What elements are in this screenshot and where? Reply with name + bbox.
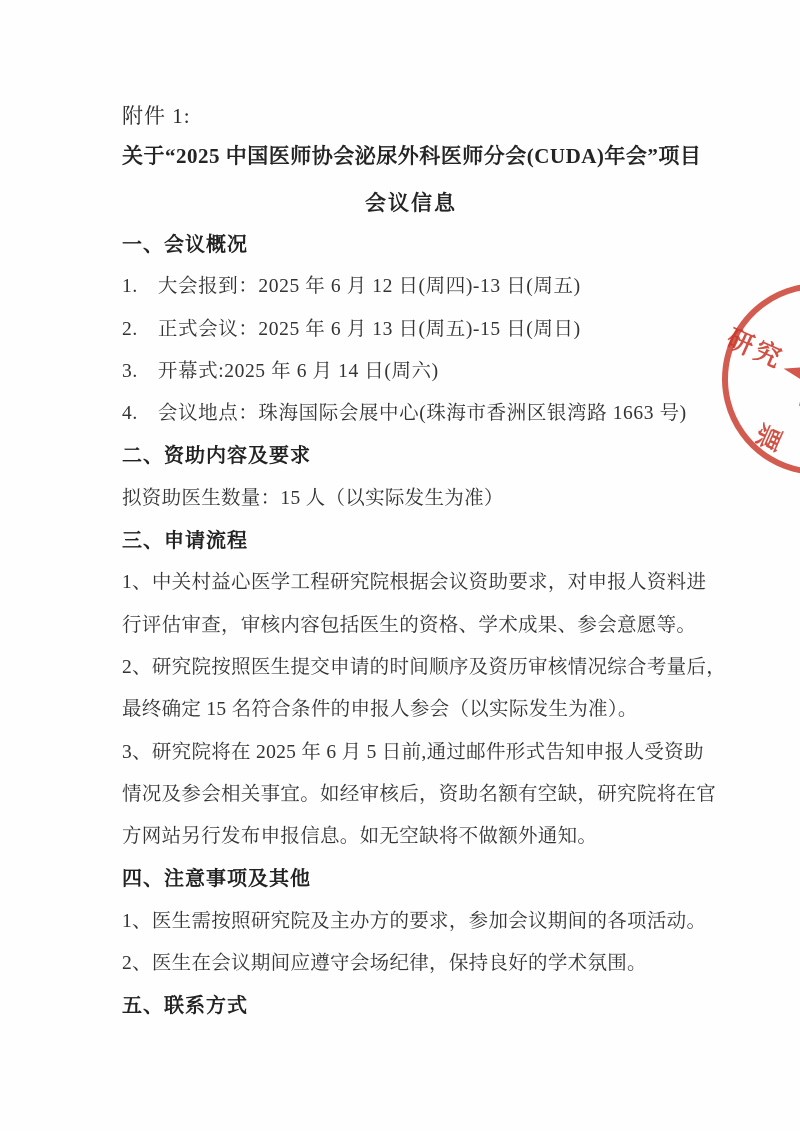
doc-line: 1、中关村益心医学工程研究院根据会议资助要求，对申报人资料进 [122,562,762,604]
section-heading: 二、资助内容及要求 [122,435,762,477]
document-body: 一、会议概况1. 大会报到：2025 年 6 月 12 日(周四)-13 日(周… [122,224,762,1028]
document-title-line1: 关于“2025 中国医师协会泌尿外科医师分会(CUDA)年会”项目 [122,140,700,170]
section-heading: 五、联系方式 [122,985,762,1027]
doc-line: 拟资助医生数量：15 人（以实际发生为准） [122,478,762,520]
doc-line: 3. 开幕式:2025 年 6 月 14 日(周六) [122,351,762,393]
doc-line: 4. 会议地点：珠海国际会展中心(珠海市香洲区银湾路 1663 号) [122,393,762,435]
star-icon: ★ [776,330,800,421]
doc-line: 最终确定 15 名符合条件的申报人参会（以实际发生为准）。 [122,689,762,731]
attachment-label: 附件 1: [122,100,191,130]
section-heading: 四、注意事项及其他 [122,858,762,900]
section-heading: 三、申请流程 [122,520,762,562]
doc-line: 1. 大会报到：2025 年 6 月 12 日(周四)-13 日(周五) [122,266,762,308]
doc-line: 情况及参会相关事宜。如经审核后，资助名额有空缺，研究院将在官 [122,774,762,816]
doc-line: 方网站另行发布申报信息。如无空缺将不做额外通知。 [122,816,762,858]
doc-line: 3、研究院将在 2025 年 6 月 5 日前,通过邮件形式告知申报人受资助 [122,732,762,774]
doc-line: 2、研究院按照医生提交申请的时间顺序及资历审核情况综合考量后， [122,647,762,689]
section-heading: 一、会议概况 [122,224,762,266]
document-page: 附件 1: 关于“2025 中国医师协会泌尿外科医师分会(CUDA)年会”项目 … [0,0,800,1131]
document-title-line2: 会议信息 [122,187,700,217]
doc-line: 2. 正式会议：2025 年 6 月 13 日(周五)-15 日(周日) [122,309,762,351]
doc-line: 2、医生在会议期间应遵守会场纪律，保持良好的学术氛围。 [122,943,762,985]
doc-line: 行评估审查，审核内容包括医生的资格、学术成果、参会意愿等。 [122,605,762,647]
doc-line: 1、医生需按照研究院及主办方的要求，参加会议期间的各项活动。 [122,901,762,943]
